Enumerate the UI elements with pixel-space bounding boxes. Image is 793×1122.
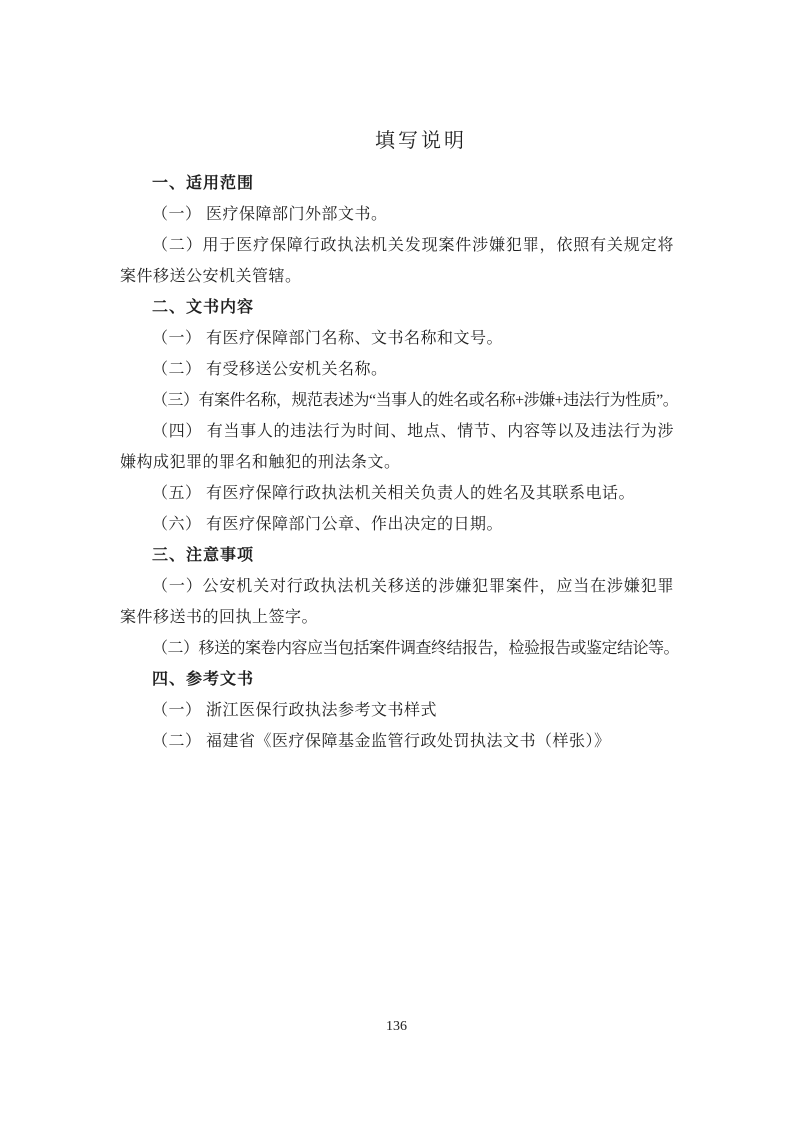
instruction-item: （一） 有医疗保障部门名称、文书名称和文号。 [120, 323, 674, 354]
section-heading: 二、文书内容 [120, 292, 674, 323]
section-heading: 一、适用范围 [120, 168, 674, 199]
instruction-item: （五） 有医疗保障行政执法机关相关负责人的姓名及其联系电话。 [120, 478, 674, 509]
instruction-item: （一）公安机关对行政执法机关移送的涉嫌犯罪案件，应当在涉嫌犯罪案件移送书的回执上… [120, 571, 674, 633]
section-heading: 三、注意事项 [120, 540, 674, 571]
instruction-item: （二）移送的案卷内容应当包括案件调查终结报告，检验报告或鉴定结论等。 [120, 633, 674, 664]
instruction-item: （四） 有当事人的违法行为时间、地点、情节、内容等以及违法行为涉嫌构成犯罪的罪名… [120, 416, 674, 478]
instruction-item: （二）用于医疗保障行政执法机关发现案件涉嫌犯罪，依照有关规定将案件移送公安机关管… [120, 230, 674, 292]
section-heading: 四、参考文书 [120, 664, 674, 695]
instruction-item: （二） 福建省《医疗保障基金监管行政处罚执法文书（样张）》 [120, 726, 674, 757]
instruction-item: （六） 有医疗保障部门公章、作出决定的日期。 [120, 509, 674, 540]
instruction-item: （三）有案件名称，规范表述为“当事人的姓名或名称+涉嫌+违法行为性质”。 [120, 385, 674, 416]
instruction-item: （一） 医疗保障部门外部文书。 [120, 199, 674, 230]
document-body: 填写说明 一、适用范围（一） 医疗保障部门外部文书。（二）用于医疗保障行政执法机… [120, 126, 674, 757]
page-number: 136 [0, 1018, 793, 1036]
instruction-item: （二） 有受移送公安机关名称。 [120, 354, 674, 385]
sections-container: 一、适用范围（一） 医疗保障部门外部文书。（二）用于医疗保障行政执法机关发现案件… [120, 168, 674, 757]
document-page: 填写说明 一、适用范围（一） 医疗保障部门外部文书。（二）用于医疗保障行政执法机… [0, 0, 793, 1122]
document-title: 填写说明 [168, 126, 674, 156]
instruction-item: （一） 浙江医保行政执法参考文书样式 [120, 695, 674, 726]
